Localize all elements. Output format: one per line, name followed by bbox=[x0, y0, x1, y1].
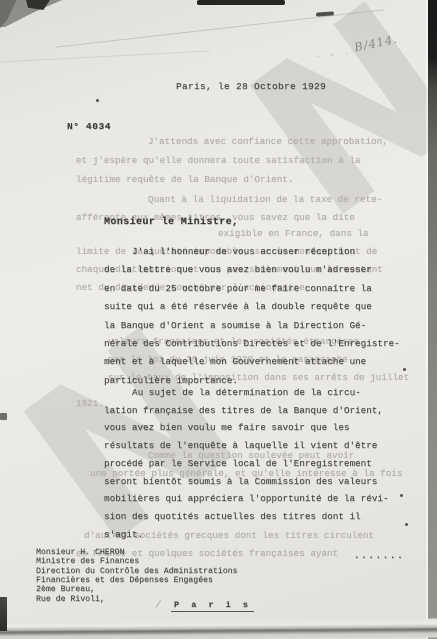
body-line: mobilières qui appréciera l'opportunité … bbox=[104, 490, 416, 508]
recipient-line: Monsieur H. CHERON bbox=[36, 548, 237, 557]
scanned-letter-page: N N J'attends avec confiance cette appro… bbox=[0, 0, 437, 639]
watermark-letter: N bbox=[225, 0, 437, 247]
body-line: la Banque d'Orient a soumise à la Direct… bbox=[104, 317, 416, 335]
body-line: résultats de l'enquête à laquelle il vie… bbox=[104, 437, 416, 455]
ghost-text-line: J'attends avec confiance cette approbati… bbox=[148, 136, 388, 147]
body-line: en date du 25 octobre pour me faire conn… bbox=[104, 280, 416, 298]
body-line: sion des quotités actuelles des titres d… bbox=[104, 508, 416, 526]
reference-number: N° 4034 bbox=[67, 121, 111, 132]
page-right-edge-shadow bbox=[428, 0, 437, 639]
recipient-line: Direction du Contrôle des Administration… bbox=[36, 567, 237, 576]
recipient-line: Ministre des Finances bbox=[36, 557, 237, 566]
paper-crease bbox=[0, 51, 210, 63]
body-line: seront bientôt soumis à la Commission de… bbox=[104, 473, 416, 491]
ghost-text-line: légitime requête de la Banque d'Orient. bbox=[76, 174, 294, 185]
ghost-text-line: et j'espère qu'elle donnera toute satisf… bbox=[76, 155, 361, 166]
body-paragraph-2: Au sujet de la détermination de la circu… bbox=[104, 384, 416, 543]
scan-speck bbox=[96, 99, 99, 102]
body-line: de la lettre que vous avez bien voulu m'… bbox=[104, 261, 416, 279]
recipient-line: 2ème Bureau, bbox=[36, 585, 237, 594]
scan-edge-mark bbox=[197, 0, 285, 5]
body-line: ment et à laquelle mon Gouvernement atta… bbox=[104, 353, 416, 371]
scan-edge-mark bbox=[0, 413, 7, 420]
ghost-text-line: exigible en France, dans la bbox=[218, 228, 369, 239]
body-line: suite qui a été réservée à la double req… bbox=[104, 298, 416, 316]
recipient-address-block: Monsieur H. CHERONMinistre des FinancesD… bbox=[36, 548, 237, 604]
body-line: lation française des titres de la Banque… bbox=[104, 402, 416, 420]
recipient-line: Financières et des Dépenses Engagées bbox=[36, 576, 237, 585]
body-line: nérale des Contributions Directes et de … bbox=[104, 335, 416, 353]
ghost-text-line: Quant à la liquidation de la taxe de ret… bbox=[148, 194, 382, 205]
body-paragraph-1: J'ai l'honneur de vous accuser réception… bbox=[104, 243, 416, 390]
ghost-text-line: 1921. bbox=[76, 398, 104, 409]
dateline: Paris, le 28 Octobre 1929 bbox=[176, 81, 326, 92]
body-line: vous avez bien voulu me faire savoir que… bbox=[104, 419, 416, 437]
body-line: J'ai l'honneur de vous accuser réception bbox=[104, 243, 416, 261]
salutation: Monsieur le Ministre, bbox=[104, 217, 238, 228]
body-line: s'agit. bbox=[104, 526, 416, 544]
page-bottom-edge-shadow bbox=[0, 618, 437, 639]
recipient-city: P a r i s bbox=[171, 600, 254, 612]
typed-dots: ....... bbox=[354, 551, 404, 561]
scan-edge-mark bbox=[0, 597, 7, 631]
body-line: Au sujet de la détermination de la circu… bbox=[104, 384, 416, 402]
body-line: procédé par le Service local de l'Enregi… bbox=[104, 455, 416, 473]
